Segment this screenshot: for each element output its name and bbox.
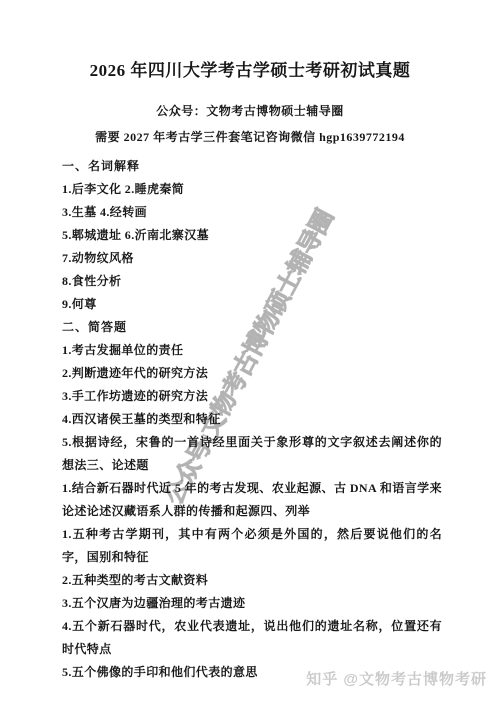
subtitle-public-account: 公众号：文物考古博物硕士辅导圈 [0,104,500,118]
exam-item: 1.五种考古学期刊，其中有两个必须是外国的，然后要说他们的名字，国别和特征 [62,523,442,569]
exam-item: 1.结合新石器时代近 5 年的考古发现、农业起源、古 DNA 和语言学来论述论述… [62,477,442,523]
section-heading-short-answer: 二、简答题 [62,316,442,339]
section-heading-noun-explanation: 一、名词解释 [62,155,442,178]
exam-item: 2.五种类型的考古文献资料 [62,569,442,592]
exam-item: 5.郫城遗址 6.沂南北寨汉墓 [62,224,442,247]
exam-item: 8.食性分析 [62,270,442,293]
document-page: 2026 年四川大学考古学硕士考研初试真题 公众号：文物考古博物硕士辅导圈 需要… [0,0,500,702]
exam-body: 一、名词解释 1.后李文化 2.睡虎秦简 3.生墓 4.经转画 5.郫城遗址 6… [62,155,442,684]
exam-item: 5.根据诗经，宋鲁的一首诗经里面关于象形尊的文字叙述去阐述你的想法三、论述题 [62,431,442,477]
exam-item: 1.后李文化 2.睡虎秦简 [62,178,442,201]
exam-item: 3.生墓 4.经转画 [62,201,442,224]
contact-line: 需要 2027 年考古学三件套笔记咨询微信 hgp1639772194 [0,130,500,144]
exam-item: 5.五个佛像的手印和他们代表的意思 [62,661,442,684]
exam-item: 2.判断遗迹年代的研究方法 [62,362,442,385]
exam-item: 4.西汉诸侯王墓的类型和特征 [62,408,442,431]
exam-item: 4.五个新石器时代，农业代表遗址，说出他们的遗址名称，位置还有时代特点 [62,615,442,661]
exam-item: 1.考古发掘单位的责任 [62,339,442,362]
exam-item: 7.动物纹风格 [62,247,442,270]
exam-item: 9.何尊 [62,293,442,316]
exam-item: 3.五个汉唐为边疆治理的考古遗迹 [62,592,442,615]
page-title: 2026 年四川大学考古学硕士考研初试真题 [0,61,500,81]
exam-item: 3.手工作坊遗迹的研究方法 [62,385,442,408]
